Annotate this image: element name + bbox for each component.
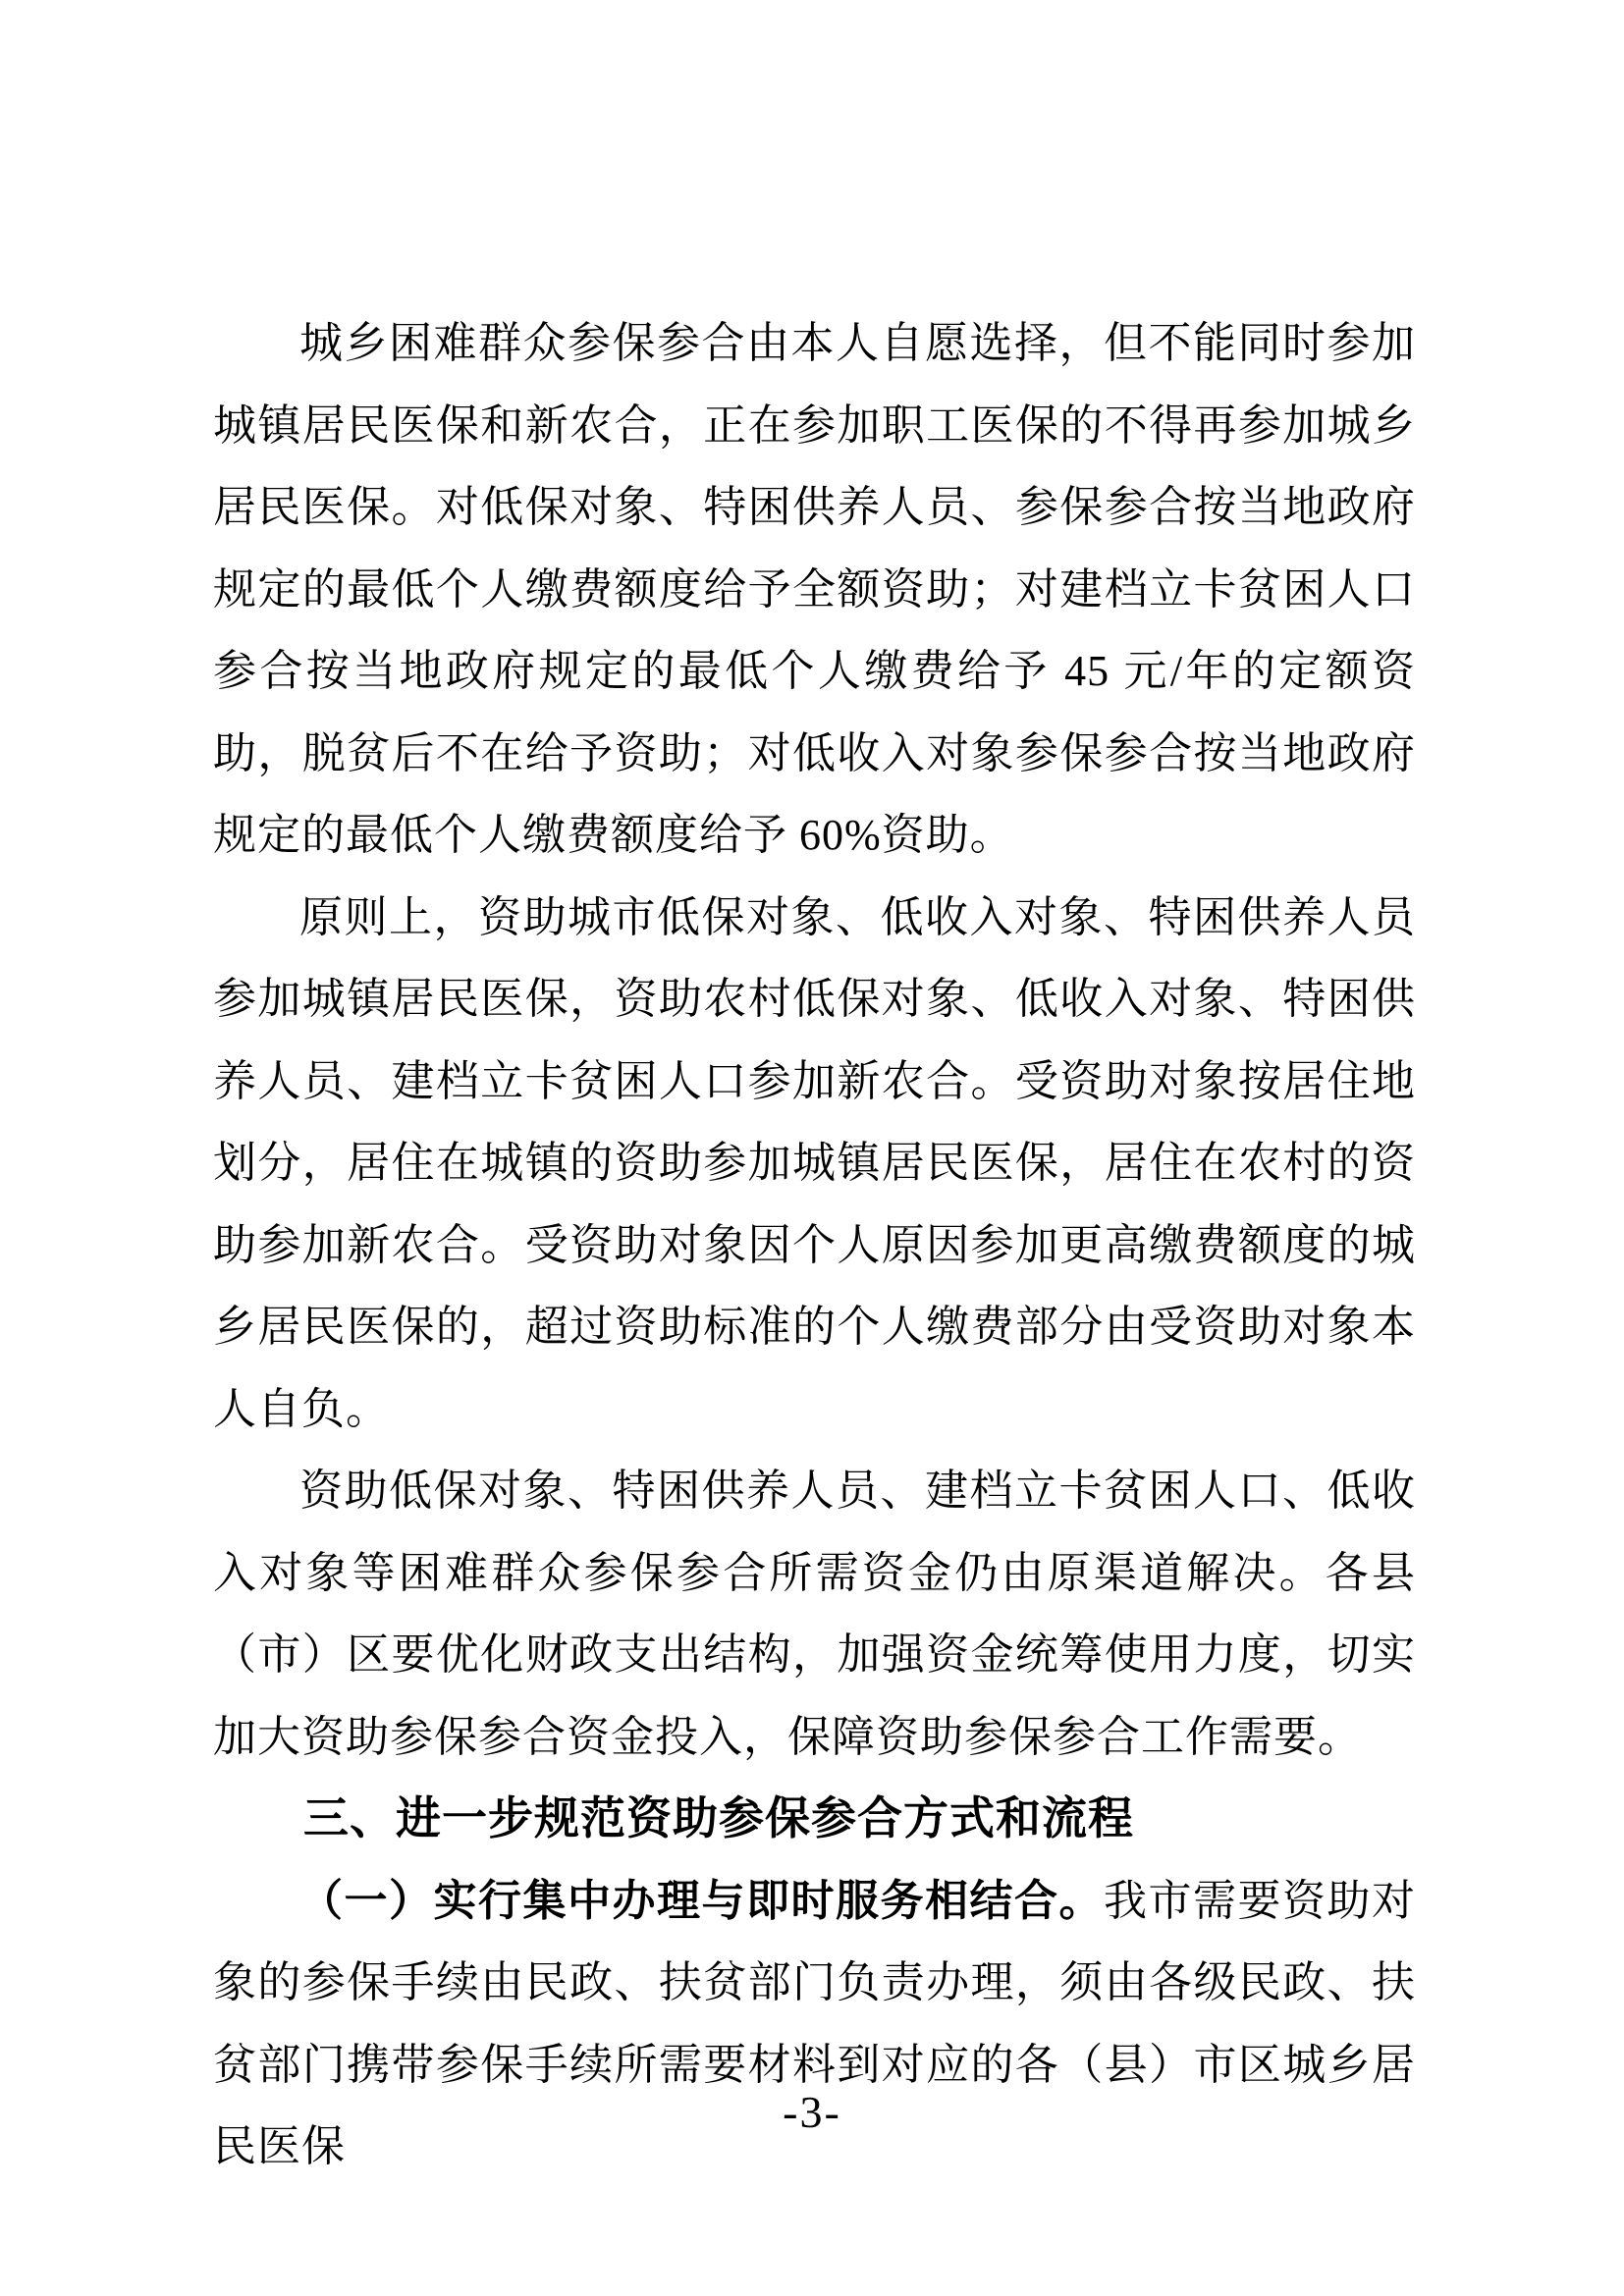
paragraph-enrollment-choice: 城乡困难群众参保参合由本人自愿选择，但不能同时参加城镇居民医保和新农合，正在参加… <box>213 302 1416 877</box>
document-body: 城乡困难群众参保参合由本人自愿选择，但不能同时参加城镇居民医保和新农合，正在参加… <box>213 302 1416 2188</box>
paragraph-funding-principle: 原则上，资助城市低保对象、低收入对象、特困供养人员参加城镇居民医保，资助农村低保… <box>213 877 1416 1451</box>
paragraph-lead-bold: （一）实行集中办理与即时服务相结合。 <box>299 1877 1104 1925</box>
section-heading-three: 三、进一步规范资助参保参合方式和流程 <box>213 1778 1416 1860</box>
paragraph-funding-source: 资助低保对象、特困供养人员、建档立卡贫困人口、低收入对象等困难群众参保参合所需资… <box>213 1450 1416 1778</box>
page-number: -3- <box>0 2083 1624 2142</box>
document-page: 城乡困难群众参保参合由本人自愿选择，但不能同时参加城镇居民医保和新农合，正在参加… <box>0 0 1624 2296</box>
